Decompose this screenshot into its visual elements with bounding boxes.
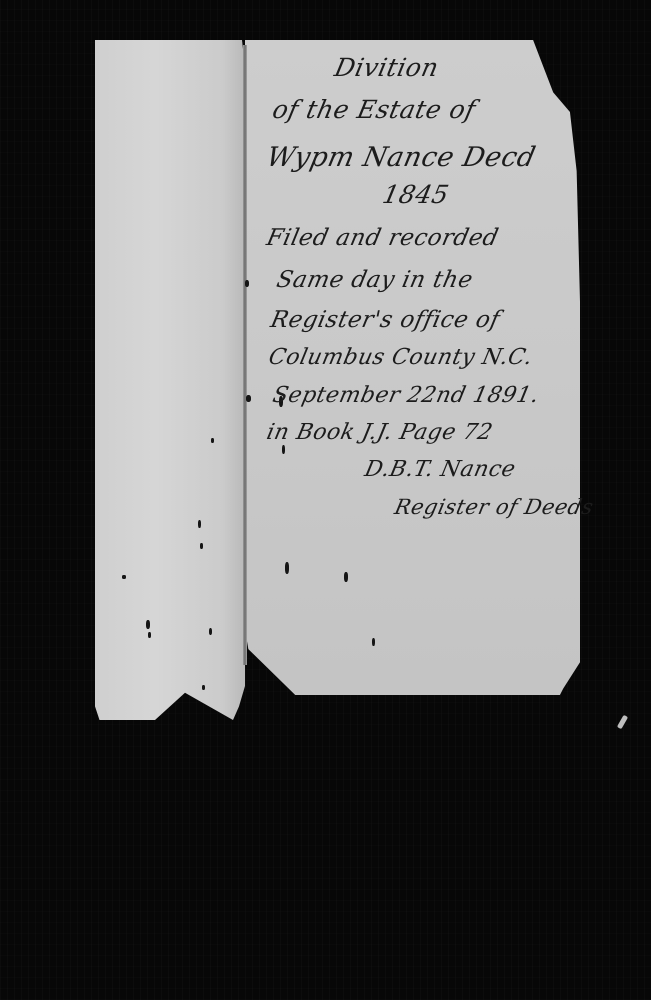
recording-line-6: in Book J.J. Page 72 — [264, 420, 495, 445]
ink-speck — [282, 445, 285, 454]
document-fold-crease — [243, 45, 247, 665]
title-line-1: Divition — [332, 53, 442, 82]
ink-speck — [148, 632, 151, 638]
title-line-3: Wypm Nance Decd — [264, 142, 539, 173]
ink-speck — [285, 562, 289, 574]
ink-speck — [372, 638, 375, 646]
recording-line-4: Columbus County N.C. — [266, 345, 535, 370]
signature-title: Register of Deeds — [392, 495, 595, 519]
signature-name: D.B.T. Nance — [362, 457, 518, 482]
ink-speck — [198, 520, 201, 528]
ink-speck — [122, 575, 126, 579]
ink-speck — [246, 395, 251, 402]
ink-speck — [344, 572, 348, 582]
recording-line-5: September 22nd 1891. — [270, 383, 541, 408]
ink-speck — [146, 620, 150, 629]
title-year: 1845 — [380, 180, 452, 209]
ink-speck — [209, 628, 212, 635]
recording-line-1: Filed and recorded — [264, 225, 501, 251]
document-left-panel — [95, 40, 245, 720]
ink-speck — [245, 280, 249, 287]
ink-speck — [202, 685, 205, 690]
recording-line-2: Same day in the — [274, 267, 475, 293]
recording-line-3: Register's office of — [268, 307, 502, 333]
title-line-2: of the Estate of — [270, 95, 478, 124]
ink-speck — [211, 438, 214, 443]
ink-speck — [200, 543, 203, 549]
